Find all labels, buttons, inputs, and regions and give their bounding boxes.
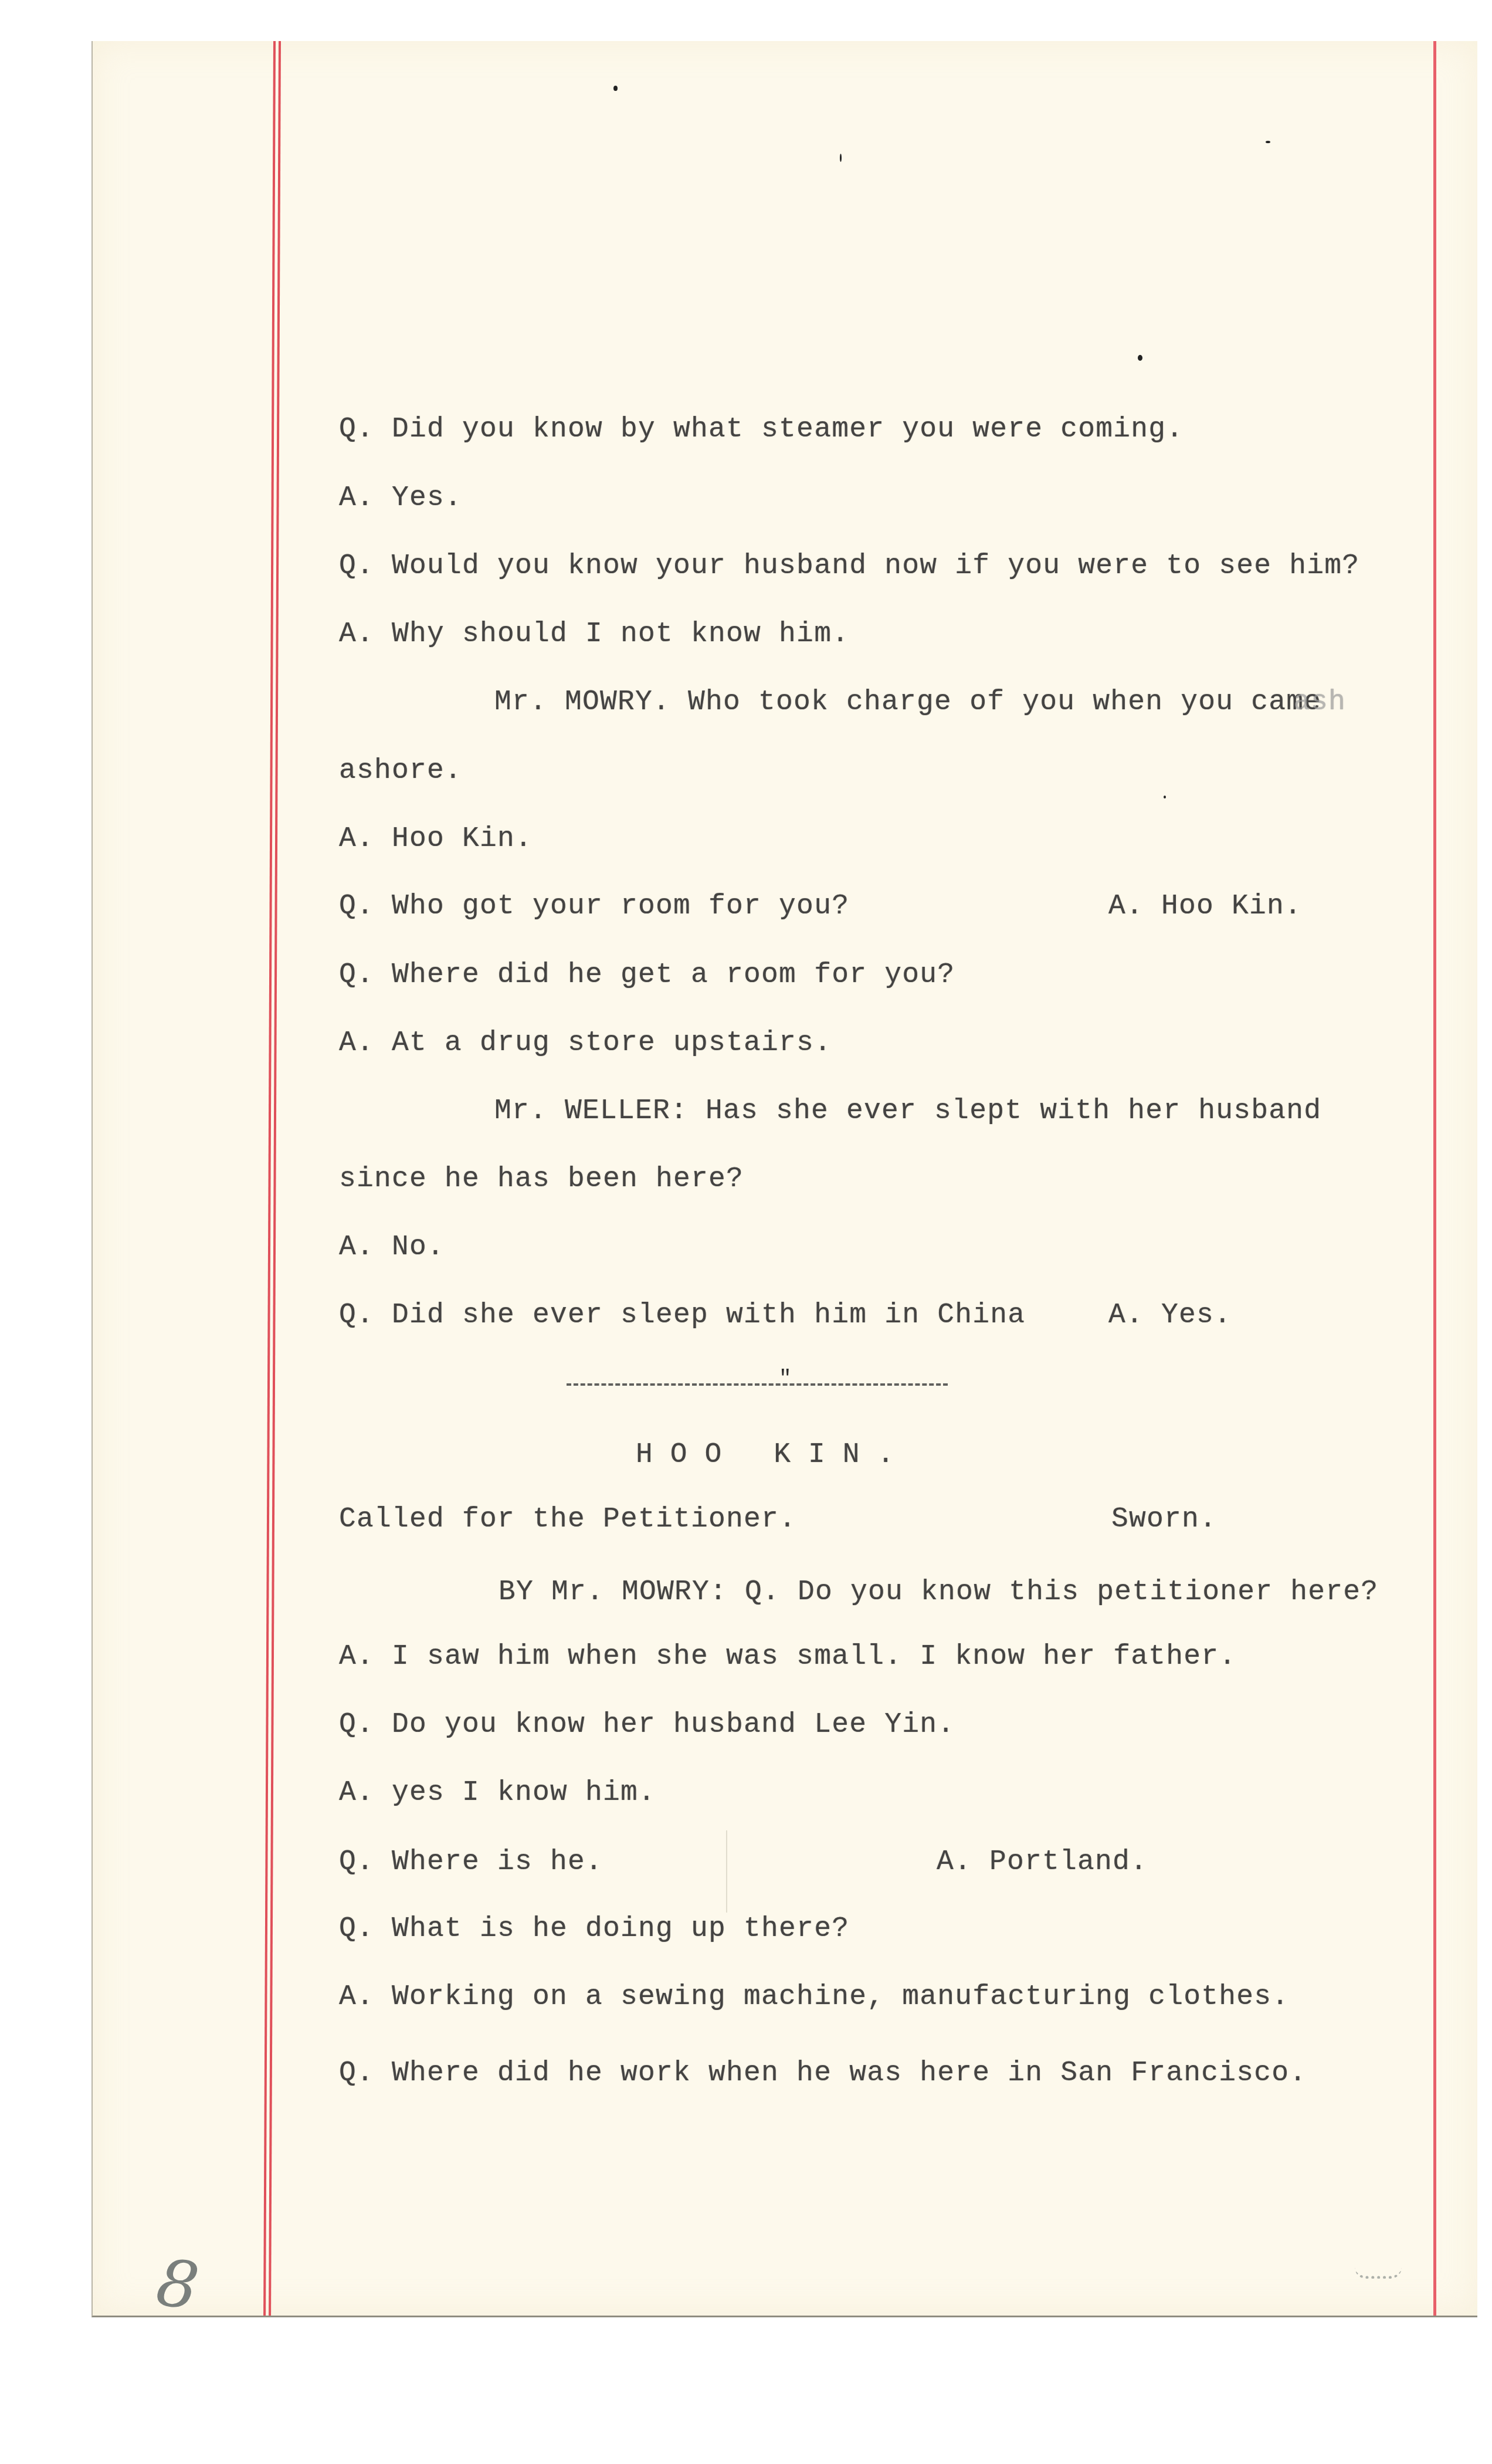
document-page <box>91 41 1477 2317</box>
transcript-line: Mr. WELLER: Has she ever slept with her … <box>494 1097 1321 1125</box>
ink-speck <box>1164 796 1166 798</box>
transcript-line: since he has been here? <box>339 1165 744 1193</box>
transcript-line: A. Working on a sewing machine, manufact… <box>339 1983 1289 2011</box>
divider-quote-mark: " <box>779 1367 792 1391</box>
transcript-line: Q. Do you know her husband Lee Yin. <box>339 1711 955 1739</box>
transcript-line: A. No. <box>339 1233 445 1261</box>
transcript-line: Q. Did you know by what steamer you were… <box>339 415 1184 444</box>
transcript-line: A. I saw him when she was small. I know … <box>339 1643 1236 1671</box>
ink-speck <box>840 154 842 162</box>
ink-speck <box>1138 355 1142 361</box>
transcript-answer-right: A. Hoo Kin. <box>1108 892 1302 920</box>
transcript-line: Q. Where did he work when he was here in… <box>339 2059 1307 2087</box>
ink-speck <box>1266 141 1270 143</box>
transcript-line: Q. Would you know your husband now if yo… <box>339 552 1359 580</box>
sworn-label: Sworn. <box>1111 1505 1217 1534</box>
transcript-line: Q. What is he doing up there? <box>339 1915 849 1943</box>
witness-heading: HOO KIN. <box>636 1441 911 1469</box>
transcript-answer-right: A. Portland. <box>937 1848 1148 1876</box>
transcript-line: Q. Where did he get a room for you? <box>339 961 955 989</box>
transcript-line: A. At a drug store upstairs. <box>339 1029 832 1057</box>
transcript-line: Mr. MOWRY. Who took charge of you when y… <box>494 688 1321 716</box>
transcript-line: BY Mr. MOWRY: Q. Do you know this petiti… <box>499 1578 1378 1606</box>
pencil-smudge <box>1355 2267 1402 2279</box>
ink-speck <box>613 86 618 91</box>
right-margin-rule <box>1433 41 1436 2316</box>
transcript-line: A. Why should I not know him. <box>339 620 849 648</box>
transcript-line: Q. Where is he. <box>339 1848 603 1876</box>
transcript-line: A. yes I know him. <box>339 1779 656 1807</box>
transcript-line: Q. Did she ever sleep with him in China <box>339 1301 1025 1329</box>
transcript-line: A. Yes. <box>339 484 462 512</box>
paper-crease <box>726 1830 727 1913</box>
transcript-answer-right: A. Yes. <box>1108 1301 1232 1329</box>
transcript-line: Called for the Petitioner. <box>339 1505 796 1534</box>
transcript-line: ashore. <box>339 757 462 785</box>
section-divider <box>567 1383 948 1386</box>
strikeover-text: ash <box>1293 688 1346 716</box>
transcript-line: A. Hoo Kin. <box>339 825 533 853</box>
transcript-line: Q. Who got your room for you? <box>339 892 849 920</box>
